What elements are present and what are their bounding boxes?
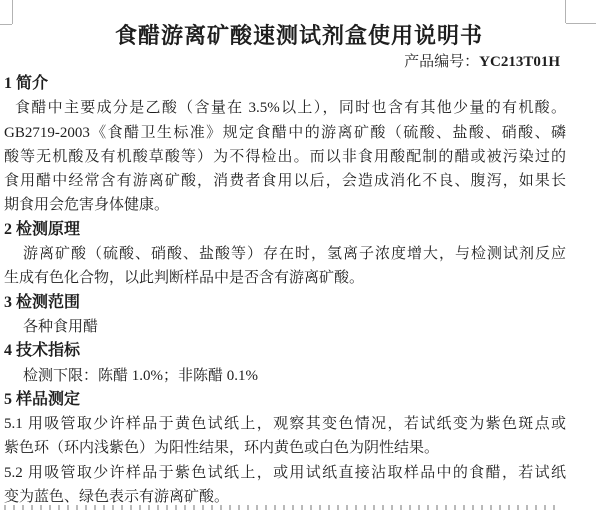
product-number-line: 产品编号：YC213T01H — [404, 51, 560, 73]
crop-mark-top-right-vertical — [565, 0, 566, 23]
section-heading-principle: 2 检测原理 — [4, 218, 566, 242]
body-line: 5.1 用吸管取少许样品于黄色试纸上，观察其变色情况，若试纸变为紫色斑点或 — [4, 412, 566, 436]
body-line: 检测下限：陈醋 1.0%；非陈醋 0.1% — [4, 364, 566, 388]
product-number-label: 产品编号： — [404, 54, 479, 70]
section-heading-specs: 4 技术指标 — [4, 339, 566, 363]
body-line: 5.2 用吸管取少许样品于紫色试纸上，或用试纸直接沾取样品中的食醋，若试纸 — [4, 461, 566, 485]
section-heading-range: 3 检测范围 — [4, 291, 566, 315]
section-heading-procedure: 5 样品测定 — [4, 388, 566, 412]
document-body: 1 简介 食醋中主要成分是乙酸（含量在 3.5%以上），同时也含有其他少量的有机… — [4, 72, 566, 509]
body-line: 期食用会危害身体健康。 — [4, 193, 566, 217]
clipped-next-line — [4, 505, 557, 510]
body-line: 食醋中主要成分是乙酸（含量在 3.5%以上），同时也含有其他少量的有机酸。 — [4, 96, 566, 120]
body-line: 游离矿酸（硫酸、硝酸、盐酸等）存在时，氢离子浓度增大，与检测试剂反应 — [4, 242, 566, 266]
document-page: 食醋游离矿酸速测试剂盒使用说明书 产品编号：YC213T01H 1 简介 食醋中… — [0, 0, 598, 510]
body-line: 各种食用醋 — [4, 315, 566, 339]
body-line: GB2719-2003《食醋卫生标准》规定食醋中的游离矿酸（硫酸、盐酸、硝酸、磷 — [4, 121, 566, 145]
body-line: 酸等无机酸及有机酸草酸等）为不得检出。而以非食用酸配制的醋或被污染过的 — [4, 145, 566, 169]
product-number-value: YC213T01H — [479, 54, 560, 70]
section-heading-intro: 1 简介 — [4, 72, 566, 96]
body-line: 生成有色化合物，以此判断样品中是否含有游离矿酸。 — [4, 266, 566, 290]
body-line: 紫色环（环内浅紫色）为阳性结果，环内黄色或白色为阴性结果。 — [4, 436, 566, 460]
document-title: 食醋游离矿酸速测试剂盒使用说明书 — [0, 21, 598, 51]
body-line: 食用醋中经常含有游离矿酸，消费者食用以后，会造成消化不良、腹泻，如果长 — [4, 169, 566, 193]
